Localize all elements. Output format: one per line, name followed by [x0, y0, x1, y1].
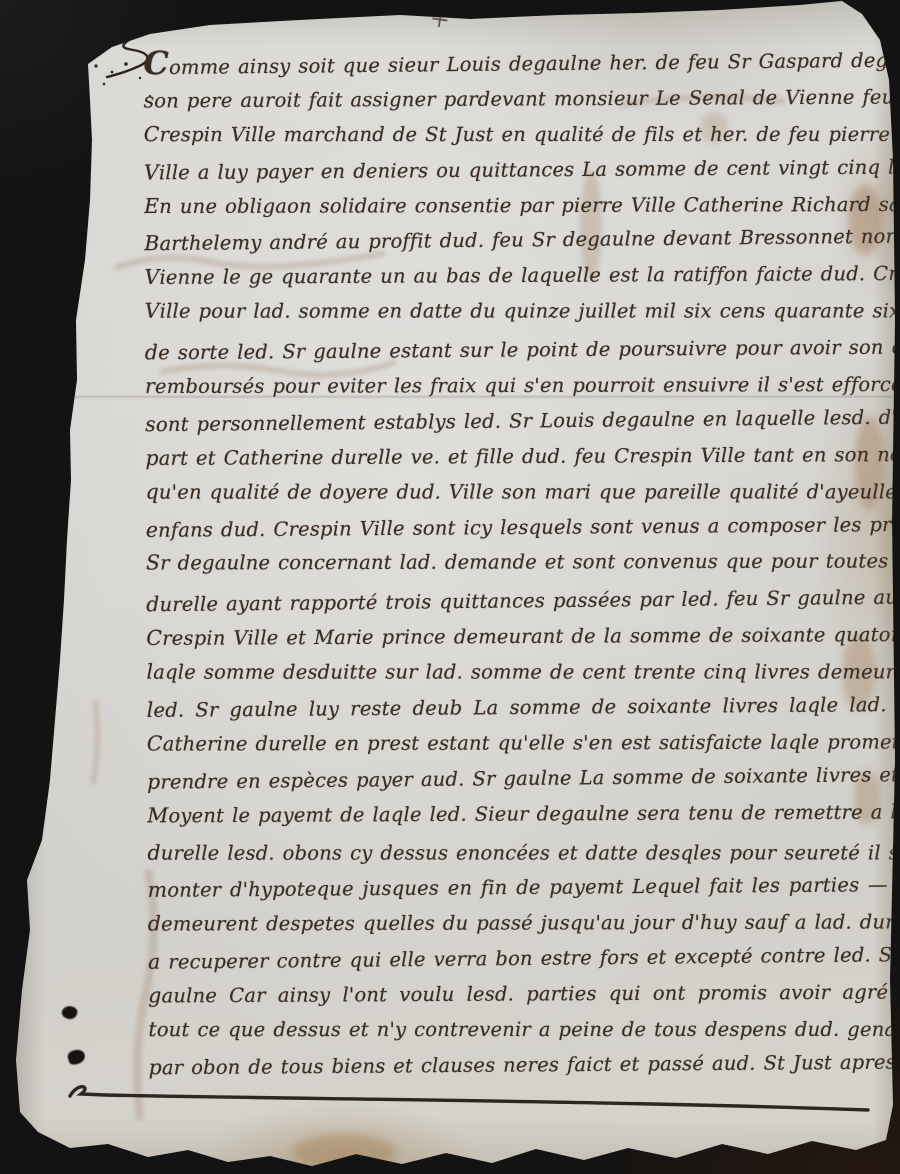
manuscript-line: Comme ainsy soit que sieur Louis degauln…	[143, 39, 883, 82]
manuscript-line: son pere auroit fait assigner pardevant …	[143, 79, 883, 119]
manuscript-line: laqle somme desduitte sur lad. somme de …	[147, 655, 887, 691]
manuscript-line: Crespin Ville marchand de St Just en qua…	[144, 117, 884, 153]
manuscript-line: Moyent le payemt de laqle led. Sieur deg…	[147, 794, 887, 834]
manuscript-line: gaulne Car ainsy l'ont voulu lesd. parti…	[148, 975, 888, 1015]
manuscript-line: monter d'hypoteque jusques en fin de pay…	[148, 868, 888, 910]
paper-hole	[66, 1048, 86, 1066]
manuscript-line: durelle lesd. obons cy dessus enoncées e…	[147, 835, 887, 871]
manuscript-line: par obon de tous biens et clauses neres …	[148, 1045, 888, 1087]
manuscript-line: Crespin Ville et Marie prince demeurant …	[146, 617, 886, 657]
manuscript-line: Ville pour lad. somme en datte du quinze…	[145, 294, 885, 330]
manuscript-line: demeurent despetes quelles du passé jusq…	[148, 905, 888, 943]
manuscript-line: En une obligaon solidaire consentie par …	[144, 187, 884, 225]
manuscript-line: led. Sr gaulne luy reste deub La somme d…	[147, 687, 887, 729]
folio-number: xij	[88, 20, 114, 42]
manuscript-line: Ville a luy payer en deniers ou quittanc…	[144, 149, 884, 191]
paper-sheet: xij + Comme ainsy soit que sieur Louis d…	[0, 0, 900, 1174]
cross-mark: +	[418, 1, 462, 36]
manuscript-line: Catherine durelle en prest estant qu'ell…	[147, 724, 887, 762]
bottom-stain	[292, 1134, 396, 1170]
manuscript-line: de sorte led. Sr gaulne estant sur le po…	[145, 330, 885, 372]
photo-backdrop: xij + Comme ainsy soit que sieur Louis d…	[0, 0, 900, 1174]
wax-spot	[0, 874, 20, 940]
manuscript-text: Comme ainsy soit que sieur Louis degauln…	[143, 42, 888, 1098]
manuscript-line: tout ce que dessus et n'y contrevenir a …	[148, 1012, 888, 1048]
manuscript-line: qu'en qualité de doyere dud. Ville son m…	[146, 474, 886, 510]
manuscript-line: part et Catherine durelle ve. et fille d…	[145, 437, 885, 477]
manuscript-line: enfans dud. Crespin Ville sont icy lesqu…	[146, 507, 886, 549]
paper-hole	[60, 1004, 79, 1021]
manuscript-line: remboursés pour eviter les fraix qui s'e…	[145, 367, 885, 405]
manuscript-line: Sr degaulne concernant lad. demande et s…	[146, 544, 886, 582]
manuscript-line: Vienne le ge quarante un au bas de laque…	[144, 256, 884, 296]
